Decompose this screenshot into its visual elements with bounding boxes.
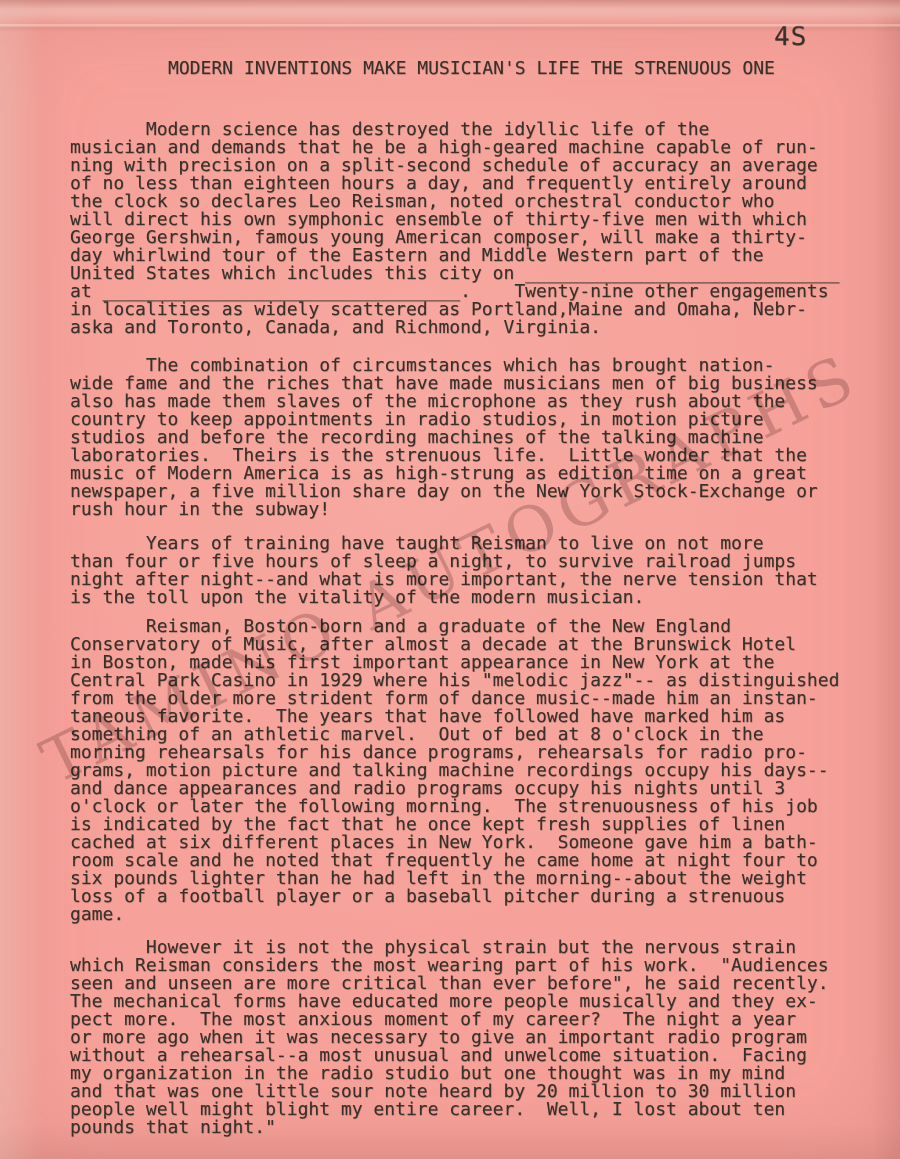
page-title: MODERN INVENTIONS MAKE MUSICIAN'S LIFE T… [168, 60, 775, 78]
paragraph-nervous-strain-quote: However it is not the physical strain bu… [70, 939, 829, 1137]
page-number: 4S [774, 24, 807, 50]
paragraph-strenuous-life: The combination of circumstances which h… [70, 357, 818, 519]
paragraph-tour-announcement: Modern science has destroyed the idyllic… [70, 121, 839, 337]
document-page: 4S MODERN INVENTIONS MAKE MUSICIAN'S LIF… [0, 0, 900, 1159]
paragraph-reisman-biography: Reisman, Boston-born and a graduate of t… [70, 618, 839, 924]
paragraph-years-of-training: Years of training have taught Reisman to… [70, 535, 818, 607]
